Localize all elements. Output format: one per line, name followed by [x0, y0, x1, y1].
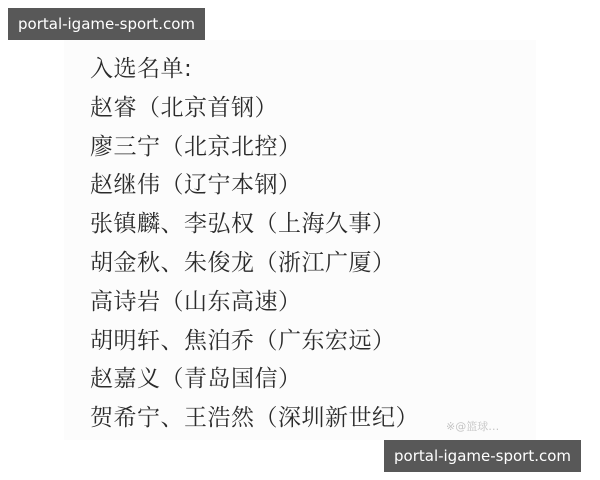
roster-entry: 赵嘉义（青岛国信）: [90, 360, 419, 399]
roster-entries: 赵睿（北京首钢） 廖三宁（北京北控） 赵继伟（辽宁本钢） 张镇麟、李弘权（上海久…: [90, 89, 419, 438]
roster-entry: 廖三宁（北京北控）: [90, 128, 419, 167]
roster-heading: 入选名单:: [90, 50, 419, 89]
roster-entry: 贺希宁、王浩然（深圳新世纪）: [90, 399, 419, 438]
site-watermark-bottom: portal-igame-sport.com: [384, 440, 581, 472]
site-watermark-top: portal-igame-sport.com: [8, 8, 205, 40]
roster-entry: 胡明轩、焦泊乔（广东宏远）: [90, 322, 419, 361]
roster-entry: 张镇麟、李弘权（上海久事）: [90, 205, 419, 244]
roster-entry: 高诗岩（山东高速）: [90, 283, 419, 322]
roster-entry: 胡金秋、朱俊龙（浙江广厦）: [90, 244, 419, 283]
roster-list: 入选名单: 赵睿（北京首钢） 廖三宁（北京北控） 赵继伟（辽宁本钢） 张镇麟、李…: [90, 50, 419, 438]
roster-entry: 赵继伟（辽宁本钢）: [90, 166, 419, 205]
faint-watermark: ※@篮球…: [446, 418, 499, 434]
roster-entry: 赵睿（北京首钢）: [90, 89, 419, 128]
